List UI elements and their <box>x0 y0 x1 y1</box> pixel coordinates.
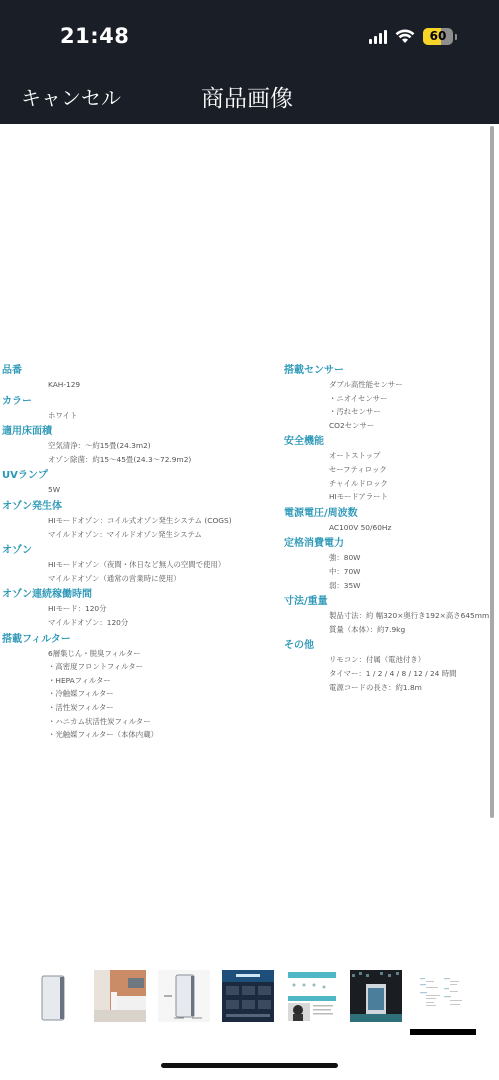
spec-heading: 寸法/重量 <box>284 595 499 609</box>
spec-item: ホワイト <box>48 409 262 423</box>
spec-items: HIモードオゾン（夜間・休日など無人の空間で使用）マイルドオゾン（通常の営業時に… <box>48 558 262 585</box>
battery-cap <box>455 34 457 40</box>
scrollbar[interactable] <box>490 126 494 818</box>
spec-section: オゾン発生体HIモードオゾン：コイル式オゾン発生システム (COGS)マイルドオ… <box>2 500 262 541</box>
thumb-spec-sheet[interactable] <box>414 970 466 1022</box>
spec-item: ・活性炭フィルター <box>48 701 262 715</box>
thumb-room-scene[interactable] <box>94 970 146 1022</box>
thumb-product-front[interactable] <box>32 970 84 1022</box>
spec-item: HIモードアラート <box>329 490 499 504</box>
spec-item: セーフティロック <box>329 463 499 477</box>
spec-items: HIモード：120分マイルドオゾン：120分 <box>48 602 262 629</box>
spec-section: 寸法/重量製品寸法：約 幅320×奥行き192×高さ645mm質量（本体）：約7… <box>284 595 499 636</box>
spec-left-column: 品番KAH-129カラーホワイト適用床面積空気清浄：～約15畳(24.3m2)オ… <box>2 364 262 745</box>
spec-item: 5W <box>48 483 262 497</box>
spec-section: 搭載センサーダブル高性能センサー・ニオイセンサー・汚れセンサーCO2センサー <box>284 364 499 432</box>
page-title: 商品画像 <box>201 80 293 113</box>
spec-item: ・汚れセンサー <box>329 405 499 419</box>
spec-heading: オゾン発生体 <box>2 500 262 514</box>
spec-item: ・ハニカム状活性炭フィルター <box>48 715 262 729</box>
spec-section: カラーホワイト <box>2 395 262 423</box>
spec-item: 質量（本体）：約7.9kg <box>329 623 499 637</box>
spec-section: オゾンHIモードオゾン（夜間・休日など無人の空間で使用）マイルドオゾン（通常の営… <box>2 544 262 585</box>
wifi-icon <box>395 29 415 44</box>
spec-item: 製品寸法：約 幅320×奥行き192×高さ645mm <box>329 609 499 623</box>
spec-items: 空気清浄：～約15畳(24.3m2)オゾン除菌：約15～45畳(24.3～72.… <box>48 439 262 466</box>
spec-item: オゾン除菌：約15～45畳(24.3～72.9m2) <box>48 453 262 467</box>
spec-item: チャイルドロック <box>329 477 499 491</box>
spec-items: 製品寸法：約 幅320×奥行き192×高さ645mm質量（本体）：約7.9kg <box>329 609 499 636</box>
spec-item: オートストップ <box>329 449 499 463</box>
spec-heading: オゾン連続稼働時間 <box>2 588 262 602</box>
spec-item: マイルドオゾン（通常の営業時に使用） <box>48 572 262 586</box>
spec-item: AC100V 50/60Hz <box>329 521 499 535</box>
thumbnail-strip <box>0 968 499 1024</box>
status-time: 21:48 <box>60 24 129 48</box>
spec-section: オゾン連続稼働時間HIモード：120分マイルドオゾン：120分 <box>2 588 262 629</box>
spec-item: 空気清浄：～約15畳(24.3m2) <box>48 439 262 453</box>
spec-item: マイルドオゾン：120分 <box>48 616 262 630</box>
spec-section: 電源電圧/周波数AC100V 50/60Hz <box>284 507 499 535</box>
spec-item: ・HEPAフィルター <box>48 674 262 688</box>
spec-item: マイルドオゾン：マイルドオゾン発生システム <box>48 528 262 542</box>
spec-section: その他リモコン：付属（電池付き）タイマー：1 / 2 / 4 / 8 / 12 … <box>284 639 499 694</box>
spec-item: 電源コードの長さ：約1.8m <box>329 681 499 695</box>
spec-items: 5W <box>48 483 262 497</box>
spec-heading: 品番 <box>2 364 262 378</box>
spec-heading: オゾン <box>2 544 262 558</box>
thumb-product-showcase[interactable] <box>350 970 402 1022</box>
top-bar: 21:48 60 キャンセル 商品画像 <box>0 0 499 124</box>
spec-item: ・ニオイセンサー <box>329 392 499 406</box>
image-viewer[interactable]: 品番KAH-129カラーホワイト適用床面積空気清浄：～約15畳(24.3m2)オ… <box>0 124 499 954</box>
home-indicator[interactable] <box>161 1063 338 1068</box>
thumb-product-dimensions[interactable] <box>158 970 210 1022</box>
spec-item: 強：80W <box>329 551 499 565</box>
spec-items: 6層集じん・脱臭フィルター・高密度フロントフィルター・HEPAフィルター・冷触媒… <box>48 647 262 742</box>
spec-item: ・光触媒フィルター（本体内蔵） <box>48 728 262 742</box>
spec-section: 品番KAH-129 <box>2 364 262 392</box>
spec-section: 定格消費電力強：80W中：70W弱：35W <box>284 537 499 592</box>
spec-item: ・冷触媒フィルター <box>48 687 262 701</box>
spec-item: HIモード：120分 <box>48 602 262 616</box>
thumb-diagram-person[interactable] <box>286 970 338 1022</box>
cancel-button[interactable]: キャンセル <box>21 82 121 111</box>
status-icons: 60 <box>369 28 457 45</box>
thumb-features-dark[interactable] <box>222 970 274 1022</box>
spec-item: タイマー：1 / 2 / 4 / 8 / 12 / 24 時間 <box>329 667 499 681</box>
spec-item: CO2センサー <box>329 419 499 433</box>
spec-item: ・高密度フロントフィルター <box>48 660 262 674</box>
spec-heading: UVランプ <box>2 469 262 483</box>
spec-item: HIモードオゾン：コイル式オゾン発生システム (COGS) <box>48 514 262 528</box>
spec-section: 搭載フィルター6層集じん・脱臭フィルター・高密度フロントフィルター・HEPAフィ… <box>2 633 262 742</box>
spec-section: 安全機能オートストップセーフティロックチャイルドロックHIモードアラート <box>284 435 499 503</box>
spec-item: ダブル高性能センサー <box>329 378 499 392</box>
spec-items: HIモードオゾン：コイル式オゾン発生システム (COGS)マイルドオゾン：マイル… <box>48 514 262 541</box>
spec-heading: カラー <box>2 395 262 409</box>
battery-percent: 60 <box>423 28 453 45</box>
spec-items: AC100V 50/60Hz <box>329 521 499 535</box>
spec-section: UVランプ5W <box>2 469 262 497</box>
spec-item: 中：70W <box>329 565 499 579</box>
spec-section: 適用床面積空気清浄：～約15畳(24.3m2)オゾン除菌：約15～45畳(24.… <box>2 425 262 466</box>
spec-heading: 適用床面積 <box>2 425 262 439</box>
spec-items: 強：80W中：70W弱：35W <box>329 551 499 592</box>
battery-icon: 60 <box>423 28 453 45</box>
spec-heading: 安全機能 <box>284 435 499 449</box>
spec-items: ダブル高性能センサー・ニオイセンサー・汚れセンサーCO2センサー <box>329 378 499 432</box>
spec-items: リモコン：付属（電池付き）タイマー：1 / 2 / 4 / 8 / 12 / 2… <box>329 653 499 694</box>
spec-items: ホワイト <box>48 409 262 423</box>
spec-item: リモコン：付属（電池付き） <box>329 653 499 667</box>
selected-thumbnail-indicator <box>410 1029 476 1035</box>
signal-icon <box>369 29 387 44</box>
spec-item: KAH-129 <box>48 378 262 392</box>
spec-heading: その他 <box>284 639 499 653</box>
spec-item: HIモードオゾン（夜間・休日など無人の空間で使用） <box>48 558 262 572</box>
spec-item: 6層集じん・脱臭フィルター <box>48 647 262 661</box>
spec-items: KAH-129 <box>48 378 262 392</box>
spec-right-column: 搭載センサーダブル高性能センサー・ニオイセンサー・汚れセンサーCO2センサー安全… <box>284 364 499 697</box>
spec-heading: 定格消費電力 <box>284 537 499 551</box>
spec-heading: 搭載フィルター <box>2 633 262 647</box>
spec-items: オートストップセーフティロックチャイルドロックHIモードアラート <box>329 449 499 503</box>
spec-heading: 搭載センサー <box>284 364 499 378</box>
spec-item: 弱：35W <box>329 579 499 593</box>
spec-heading: 電源電圧/周波数 <box>284 507 499 521</box>
